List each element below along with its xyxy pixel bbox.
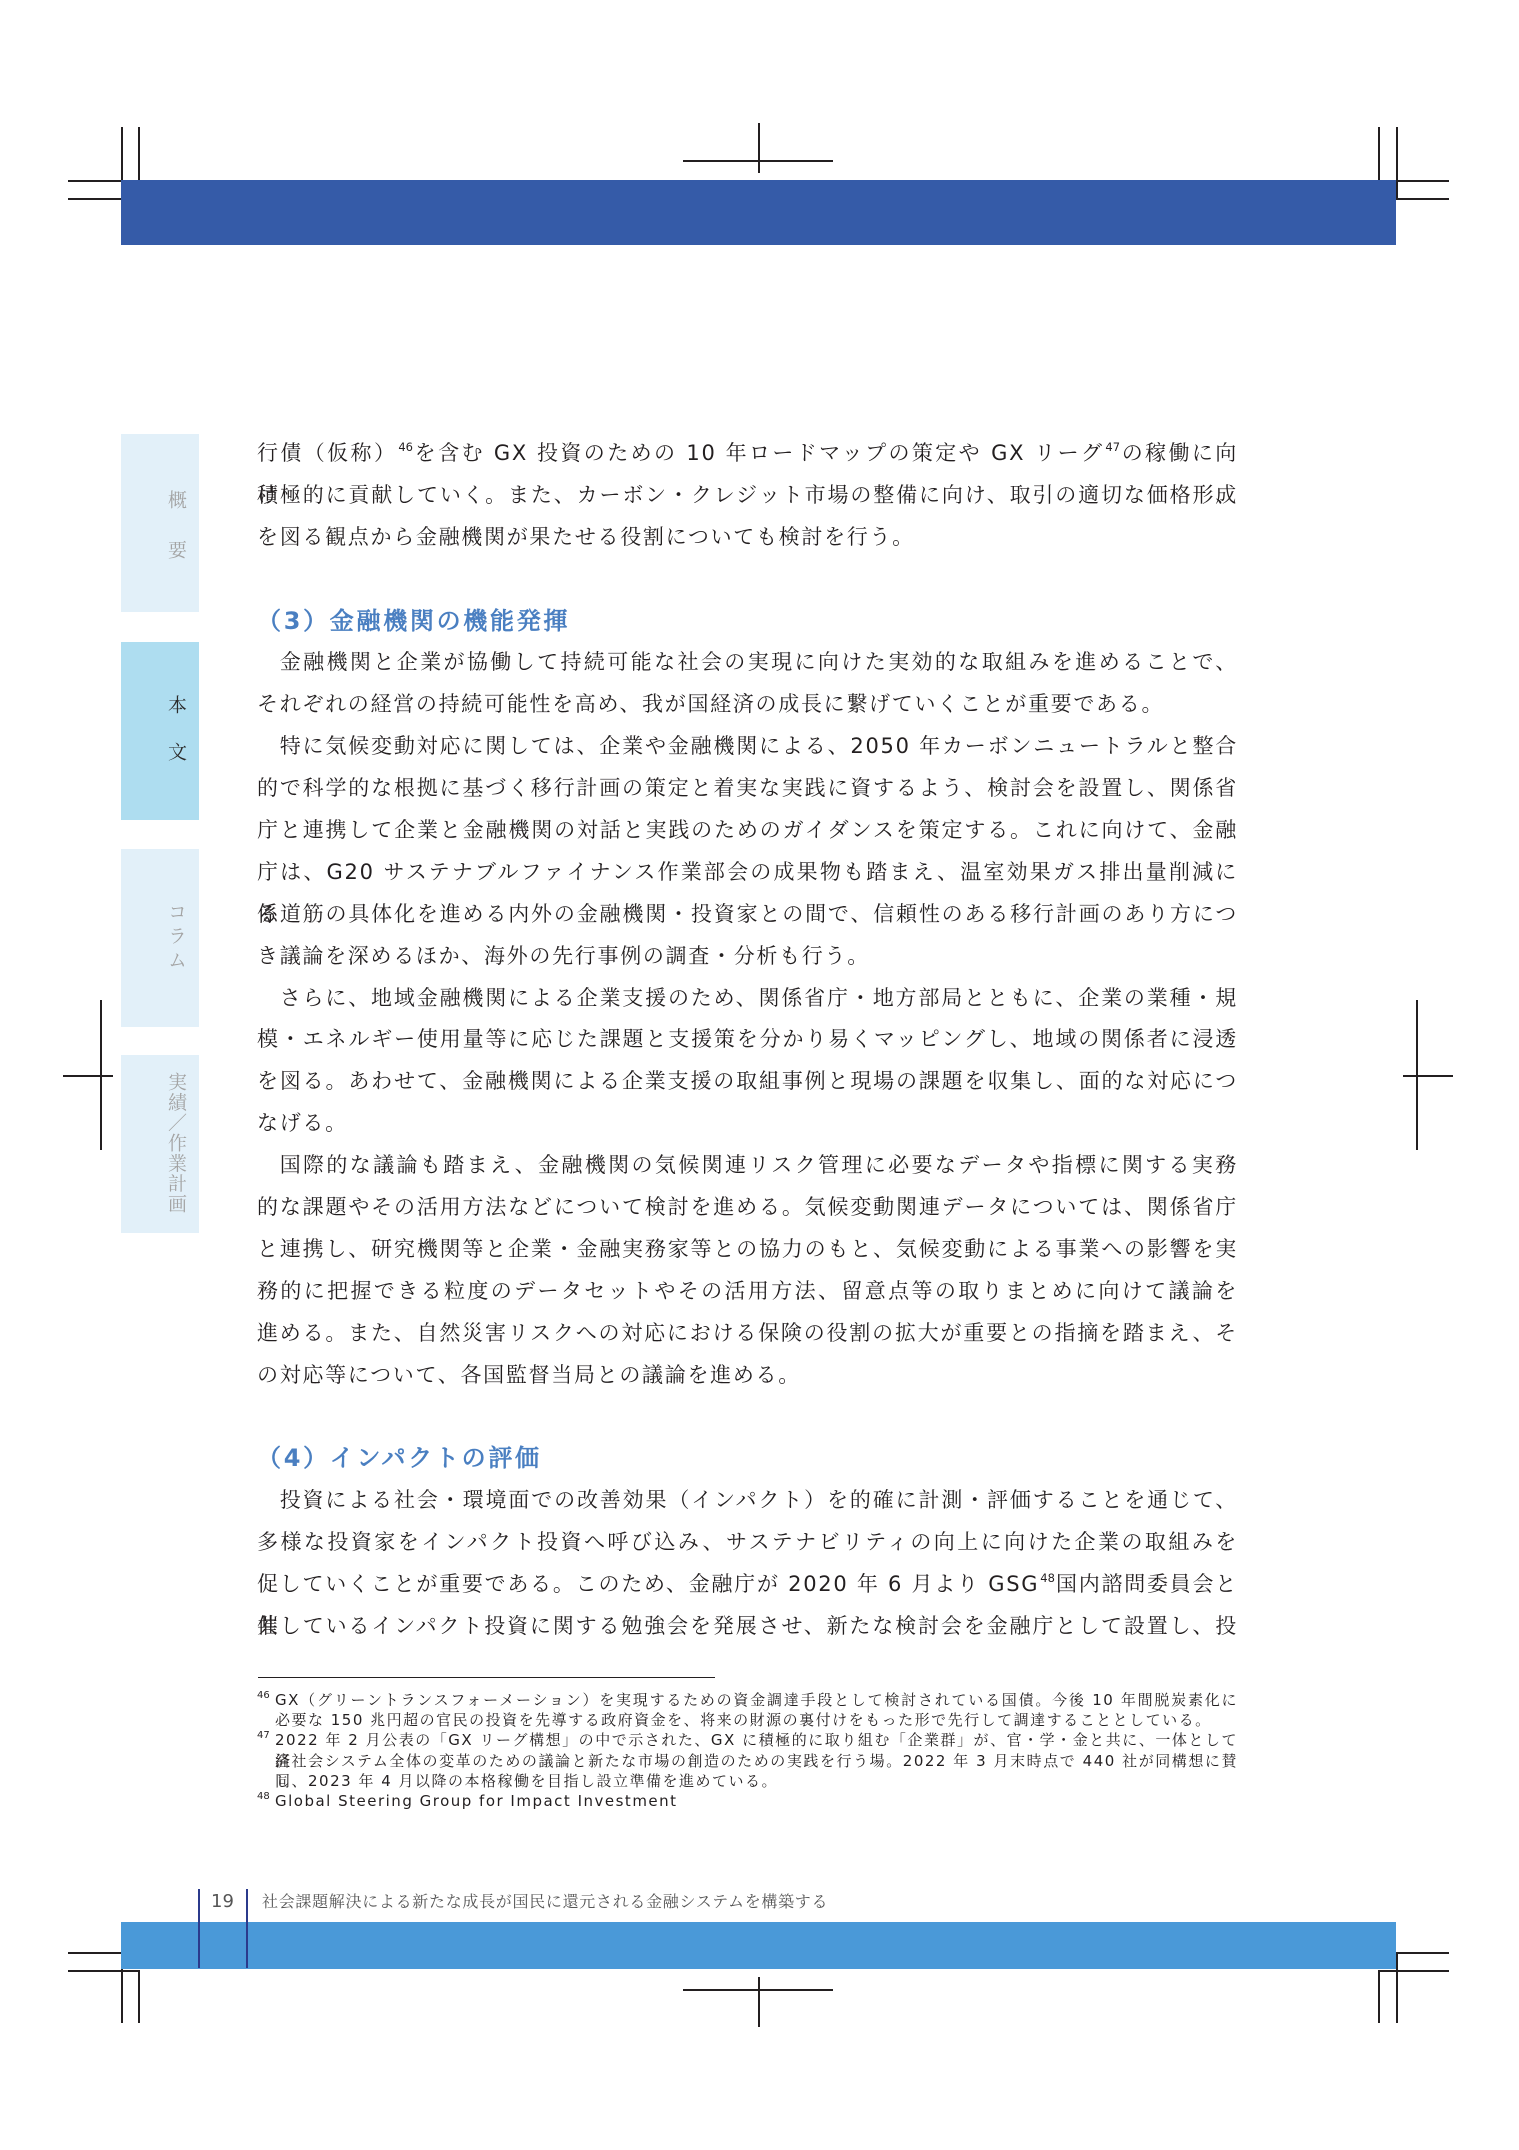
sidebar-tab-results-work-plan: 実績／作業計画 [121, 1055, 199, 1233]
body-line: 行債（仮称）46を含む GX 投資のための 10 年ロードマップの策定や GX … [257, 433, 1238, 475]
section-heading-3: （3）金融機関の機能発揮 [257, 601, 1238, 643]
footnote-ref-46: 46 [397, 440, 414, 454]
footnote-line: GX（グリーントランスフォーメーション）を実現するための資金調達手段として検討さ… [275, 1690, 1238, 1710]
text-segment: 促していくことが重要である。このため、金融庁が 2020 年 6 月より GSG [257, 1572, 1039, 1596]
body-line: 多様な投資家をインパクト投資へ呼び込み、サステナビリティの向上に向けた企業の取組… [257, 1522, 1238, 1564]
crop-mark [1378, 1970, 1380, 2023]
registration-mark-bottom [758, 1977, 760, 2027]
text-segment: を含む GX 投資のための 10 年ロードマップの策定や GX リーグ [414, 441, 1104, 465]
body-line: 投資による社会・環境面での改善効果（インパクト）を的確に計測・評価することを通じ… [257, 1480, 1238, 1522]
paragraph: 特に気候変動対応に関しては、企業や金融機関による、2050 年カーボンニュートラ… [257, 726, 1238, 977]
footnote-line: 2022 年 2 月公表の「GX リーグ構想」の中で示された、GX に積極的に取… [275, 1730, 1238, 1750]
crop-mark [1396, 1952, 1449, 1954]
crop-mark [68, 1952, 121, 1954]
sidebar-tab-label: 実績／作業計画 [165, 1072, 186, 1214]
body-line: 進める。また、自然災害リスクへの対応における保険の役割の拡大が重要との指摘を踏ま… [257, 1313, 1238, 1355]
body-line: 庁と連携して企業と金融機関の対話と実践のためのガイダンスを策定する。これに向けて… [257, 810, 1238, 852]
text-segment: 行債（仮称） [257, 441, 397, 465]
crop-mark [1378, 127, 1380, 180]
footnote-ref-48: 48 [1039, 1571, 1056, 1585]
page-number: 19 [199, 1890, 246, 1914]
crop-mark [1396, 127, 1398, 198]
sidebar-tab-label: コラム [165, 902, 186, 974]
body-line: 的で科学的な根拠に基づく移行計画の策定と着実な実践に資するよう、検討会を設置し、… [257, 768, 1238, 810]
crop-mark [68, 1970, 138, 1972]
sidebar-tab-label: 本文 [165, 695, 186, 789]
body-line: と連携し、研究機関等と企業・金融実務家等との協力のもと、気候変動による事業への影… [257, 1229, 1238, 1271]
header-bar [121, 180, 1396, 245]
body-line: 国際的な議論も踏まえ、金融機関の気候関連リスク管理に必要なデータや指標に関する実… [257, 1145, 1238, 1187]
body-line: 庁は、G20 サステナブルファイナンス作業部会の成果物も踏まえ、温室効果ガス排出… [257, 852, 1238, 894]
body-line: それぞれの経営の持続可能性を高め、我が国経済の成長に繋げていくことが重要である。 [257, 684, 1238, 726]
paragraph: 国際的な議論も踏まえ、金融機関の気候関連リスク管理に必要なデータや指標に関する実… [257, 1145, 1238, 1396]
crop-mark [1396, 1952, 1398, 2023]
sidebar-tab-label: 概要 [165, 490, 186, 590]
footnote-48: 48 Global Steering Group for Impact Inve… [257, 1791, 1238, 1811]
footnote-46: 46 GX（グリーントランスフォーメーション）を実現するための資金調達手段として… [257, 1690, 1238, 1730]
footnote-line: Global Steering Group for Impact Investm… [275, 1791, 1238, 1811]
body-line: 的な課題やその活用方法などについて検討を進める。気候変動関連データについては、関… [257, 1187, 1238, 1229]
body-line: を図る。あわせて、金融機関による企業支援の取組事例と現場の課題を収集し、面的な対… [257, 1061, 1238, 1103]
crop-mark [138, 1970, 140, 2023]
body-line: 金融機関と企業が協働して持続可能な社会の実現に向けた実効的な取組みを進めることで… [257, 642, 1238, 684]
crop-mark [1396, 198, 1449, 200]
footnote-line: し、2023 年 4 月以降の本格稼働を目指し設立準備を進めている。 [275, 1771, 1238, 1791]
body-line: る道筋の具体化を進める内外の金融機関・投資家との間で、信頼性のある移行計画のあり… [257, 894, 1238, 936]
footnote-divider [258, 1677, 715, 1678]
footnotes: 46 GX（グリーントランスフォーメーション）を実現するための資金調達手段として… [257, 1690, 1238, 1811]
registration-mark-left [63, 1075, 113, 1077]
crop-mark [68, 198, 121, 200]
crop-mark [138, 127, 140, 180]
footer-running-title: 社会課題解決による新たな成長が国民に還元される金融システムを構築する [262, 1890, 828, 1914]
body-line: 務的に把握できる粒度のデータセットやその活用方法、留意点等の取りまとめに向けて議… [257, 1271, 1238, 1313]
registration-mark-right [1403, 1075, 1453, 1077]
body-line: 催しているインパクト投資に関する勉強会を発展させ、新たな検討会を金融庁として設置… [257, 1606, 1238, 1648]
sidebar-tab-overview: 概要 [121, 434, 199, 612]
body-line: 特に気候変動対応に関しては、企業や金融機関による、2050 年カーボンニュートラ… [257, 726, 1238, 768]
body-line: なげる。 [257, 1103, 1238, 1145]
sidebar-tab-column: コラム [121, 849, 199, 1027]
footer-bar [121, 1922, 1396, 1969]
footnote-47: 47 2022 年 2 月公表の「GX リーグ構想」の中で示された、GX に積極… [257, 1730, 1238, 1791]
body-line: 模・エネルギー使用量等に応じた課題と支援策を分かり易くマッピングし、地域の関係者… [257, 1019, 1238, 1061]
footnote-number: 46 [257, 1686, 270, 1706]
paragraph: 投資による社会・環境面での改善効果（インパクト）を的確に計測・評価することを通じ… [257, 1480, 1238, 1648]
body-line: を図る観点から金融機関が果たせる役割についても検討を行う。 [257, 517, 1238, 559]
paragraph: さらに、地域金融機関による企業支援のため、関係省庁・地方部局とともに、企業の業種… [257, 978, 1238, 1146]
body-line: き議論を深めるほか、海外の先行事例の調査・分析も行う。 [257, 936, 1238, 978]
paragraph: 金融機関と企業が協働して持続可能な社会の実現に向けた実効的な取組みを進めることで… [257, 642, 1238, 726]
body-line: 促していくことが重要である。このため、金融庁が 2020 年 6 月より GSG… [257, 1564, 1238, 1606]
footnote-ref-47: 47 [1104, 440, 1121, 454]
footnote-line: 必要な 150 兆円超の官民の投資を先導する政府資金を、将来の財源の裏付けをもっ… [275, 1710, 1238, 1730]
footnote-line: 済社会システム全体の変革のための議論と新たな市場の創造のための実践を行う場。20… [275, 1751, 1238, 1771]
sidebar-tab-main-text: 本文 [121, 642, 199, 820]
footnote-number: 48 [257, 1787, 270, 1807]
footer-divider [246, 1889, 248, 1968]
footnote-number: 47 [257, 1726, 270, 1746]
section-heading-4: （4）インパクトの評価 [257, 1438, 1238, 1480]
crop-mark [1378, 1970, 1449, 1972]
body-line: の対応等について、各国監督当局との議論を進める。 [257, 1355, 1238, 1397]
body-text: 行債（仮称）46を含む GX 投資のための 10 年ロードマップの策定や GX … [257, 433, 1238, 1648]
registration-mark-top [758, 123, 760, 173]
body-line: さらに、地域金融機関による企業支援のため、関係省庁・地方部局とともに、企業の業種… [257, 978, 1238, 1020]
body-line: 積極的に貢献していく。また、カーボン・クレジット市場の整備に向け、取引の適切な価… [257, 475, 1238, 517]
